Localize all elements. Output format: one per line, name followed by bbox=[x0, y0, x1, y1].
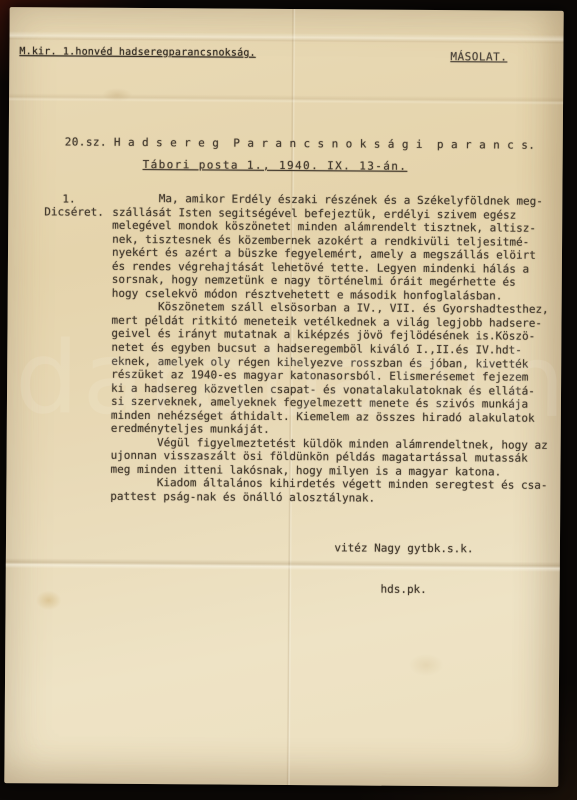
signature-name: vitéz Nagy gytbk.s.k. bbox=[324, 541, 484, 556]
paragraph-2: Köszönetem száll elsösorban a IV., VII. … bbox=[111, 300, 562, 439]
scanned-document-photo: M.kir. 1.honvéd hadseregparancsnokság. M… bbox=[0, 0, 577, 800]
order-body: Ma, amikor Erdély északi részének és a S… bbox=[110, 192, 562, 507]
margin-item-label: Dicséret. bbox=[44, 205, 104, 218]
issuing-authority-header: M.kir. 1.honvéd hadseregparancsnokság. bbox=[19, 46, 255, 59]
paper-stain bbox=[403, 650, 449, 680]
copy-stamp-label: MÁSOLAT. bbox=[450, 50, 507, 63]
signature-block: vitéz Nagy gytbk.s.k. hds.pk. bbox=[323, 514, 484, 624]
paragraph-4: Kiadom általános kihirdetés végett minde… bbox=[110, 476, 560, 506]
field-post-dateline: Tábori posta 1., 1940. IX. 13-án. bbox=[143, 158, 408, 173]
paragraph-3: Végül figyelmeztetést küldök minden alám… bbox=[110, 436, 560, 480]
paragraph-1: Ma, amikor Erdély északi részének és a S… bbox=[112, 192, 563, 304]
top-fold-crease bbox=[9, 31, 563, 44]
paper-stain bbox=[97, 86, 137, 104]
signature-title: hds.pk. bbox=[324, 582, 484, 597]
document-paper-sheet: M.kir. 1.honvéd hadseregparancsnokság. M… bbox=[4, 7, 563, 787]
order-title: 20.sz. H a d s e r e g P a r a n c s n o… bbox=[65, 135, 536, 151]
paper-stain bbox=[31, 587, 65, 613]
margin-item-number: 1. bbox=[62, 192, 75, 205]
upper-fold-crease bbox=[9, 93, 563, 105]
